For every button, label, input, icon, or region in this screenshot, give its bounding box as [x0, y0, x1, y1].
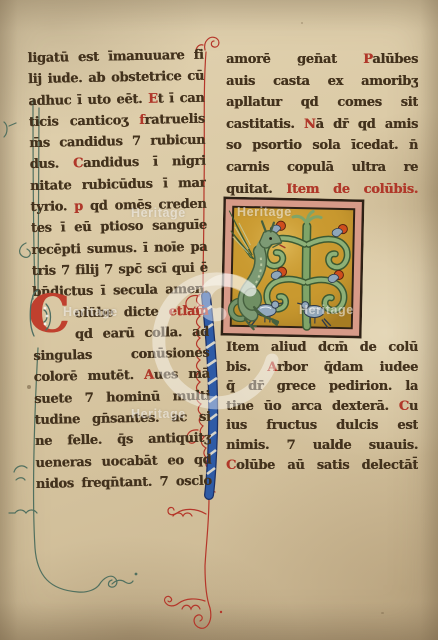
text-segment: A — [267, 360, 277, 375]
text-segment: olūbe dicte — [74, 304, 168, 321]
text-segment: tris 7 filij 7 spc̄ scī qui ē — [32, 261, 208, 279]
text-segment: suete 7 hominū multi — [34, 388, 210, 406]
text-segment: ues mā — [154, 367, 210, 383]
text-segment: nimis. 7 ualde suauis. — [226, 438, 418, 453]
text-line: castitatis. Nā dr̄ qd amis — [226, 114, 418, 136]
text-line: colorē mutēt. Aues mā — [34, 364, 210, 389]
text-segment: qd omēs creden — [83, 197, 207, 214]
text-segment: colorē mutēt. — [34, 368, 145, 385]
text-line: ne felle. q̄s antiquitʒ — [35, 428, 211, 453]
text-line: nidos freqn̄tant. 7 osclo — [36, 471, 212, 496]
text-segment: recēpti sumus. ī noīe pa — [31, 239, 207, 257]
text-segment: carnis copulā ultra re — [226, 160, 418, 175]
text-segment: etlam̄ — [168, 303, 208, 319]
text-segment: amorē gen̄at — [226, 52, 363, 67]
text-line: bis. Arbor q̄dam iudee — [226, 358, 418, 378]
manuscript-page-photo: ligatū est īmanuuare filij iude. ab obst… — [0, 0, 438, 640]
text-line: ius fructus dulcis est — [226, 416, 418, 436]
text-line: so psortio sola īcedat. n̄ — [226, 135, 418, 157]
right-text-column-lower: Item aliud dcm̄ de colūbis. Arbor q̄dam … — [226, 338, 418, 475]
text-segment: quitat. — [226, 182, 286, 197]
text-segment: olūbe aū satis delectāt̄ — [236, 458, 418, 473]
left-text-column: ligatū est īmanuuare filij iude. ab obst… — [27, 45, 212, 496]
text-segment: q̄ dr̄ grece pedirion. la — [226, 379, 418, 394]
text-segment: ā dr̄ qd amis — [316, 117, 418, 132]
text-segment: castitatis. — [226, 117, 304, 132]
text-segment: nitate rubicūdus ī mar — [30, 175, 206, 193]
parchment-speck — [381, 612, 384, 614]
text-segment: t ī can — [158, 90, 205, 106]
text-segment: A — [144, 368, 154, 383]
text-segment: tine ūo arca dexterā. — [226, 399, 399, 414]
text-segment: Item de colūbis. — [286, 182, 418, 197]
miniature-dragon-and-tree — [221, 197, 365, 339]
drop-cap-ornament — [28, 288, 70, 344]
text-segment: apllatur qd comes sit — [226, 95, 418, 110]
text-segment: N — [304, 117, 316, 132]
text-segment: tudine gn̄santes. ac si — [34, 410, 210, 428]
text-line: carnis copulā ultra re — [226, 157, 418, 179]
text-segment: rbor q̄dam iudee — [277, 360, 418, 375]
text-segment: bis. — [226, 360, 267, 375]
parchment-speck — [27, 385, 31, 389]
parchment-speck — [301, 22, 303, 24]
text-segment: tes ī eū ptioso sanguīe — [31, 218, 207, 236]
text-segment: ueneras uocabāt eo qd — [35, 452, 211, 470]
right-text-column-upper: amorē gen̄at Palūbesauis casta ex amorib… — [226, 49, 418, 200]
text-segment: dus. — [30, 157, 74, 173]
text-segment: m̄s candidus 7 rubicun — [29, 133, 205, 151]
text-segment: lij iude. ab obstetrice cū — [28, 69, 204, 87]
text-segment: so psortio sola īcedat. n̄ — [226, 138, 418, 153]
text-segment: C — [399, 399, 409, 414]
text-line: Colūbe aū satis delectāt̄ — [226, 456, 418, 476]
text-line: apllatur qd comes sit — [226, 92, 418, 114]
text-segment: tyrio. — [30, 199, 74, 215]
text-segment: adhuc ī uto eēt. — [28, 91, 148, 108]
text-segment: ne felle. q̄s antiquitʒ — [35, 431, 211, 449]
text-segment: qd earū colla. ad — [75, 325, 209, 343]
drop-cap-initial-C: C — [28, 288, 70, 344]
text-line: tine ūo arca dexterā. Cu — [226, 397, 418, 417]
text-segment: auis casta ex amoribʒ — [226, 74, 418, 89]
text-line: auis casta ex amoribʒ — [226, 71, 418, 93]
text-segment: Item aliud dcm̄ de colū — [226, 340, 418, 355]
text-segment: ratruelis — [144, 112, 205, 128]
text-line: nimis. 7 ualde suauis. — [226, 436, 418, 456]
text-line: lij iude. ab obstetrice cū — [28, 66, 204, 91]
text-line: dus. Candidus ī nigri — [29, 151, 205, 176]
text-line: Item aliud dcm̄ de colū — [226, 338, 418, 358]
text-segment: alūbes — [372, 52, 418, 67]
text-segment: u — [409, 399, 418, 414]
text-segment: nidos freqn̄tant. 7 osclo — [36, 474, 212, 492]
text-segment: C — [226, 458, 236, 473]
text-segment: ligatū est īmanuuare fi — [27, 48, 203, 66]
text-segment: E — [148, 91, 158, 106]
text-segment: andidus ī nigri — [83, 154, 206, 171]
text-line: q̄ dr̄ grece pedirion. la — [226, 377, 418, 397]
text-line: tes ī eū ptioso sanguīe — [31, 215, 207, 240]
text-segment: ticis canticoʒ — [29, 113, 140, 130]
text-segment: ius fructus dulcis est — [226, 418, 418, 433]
text-line: amorē gen̄at Palūbes — [226, 49, 418, 71]
text-segment: singulas conūsiones — [33, 346, 209, 364]
text-segment: P — [363, 52, 372, 67]
